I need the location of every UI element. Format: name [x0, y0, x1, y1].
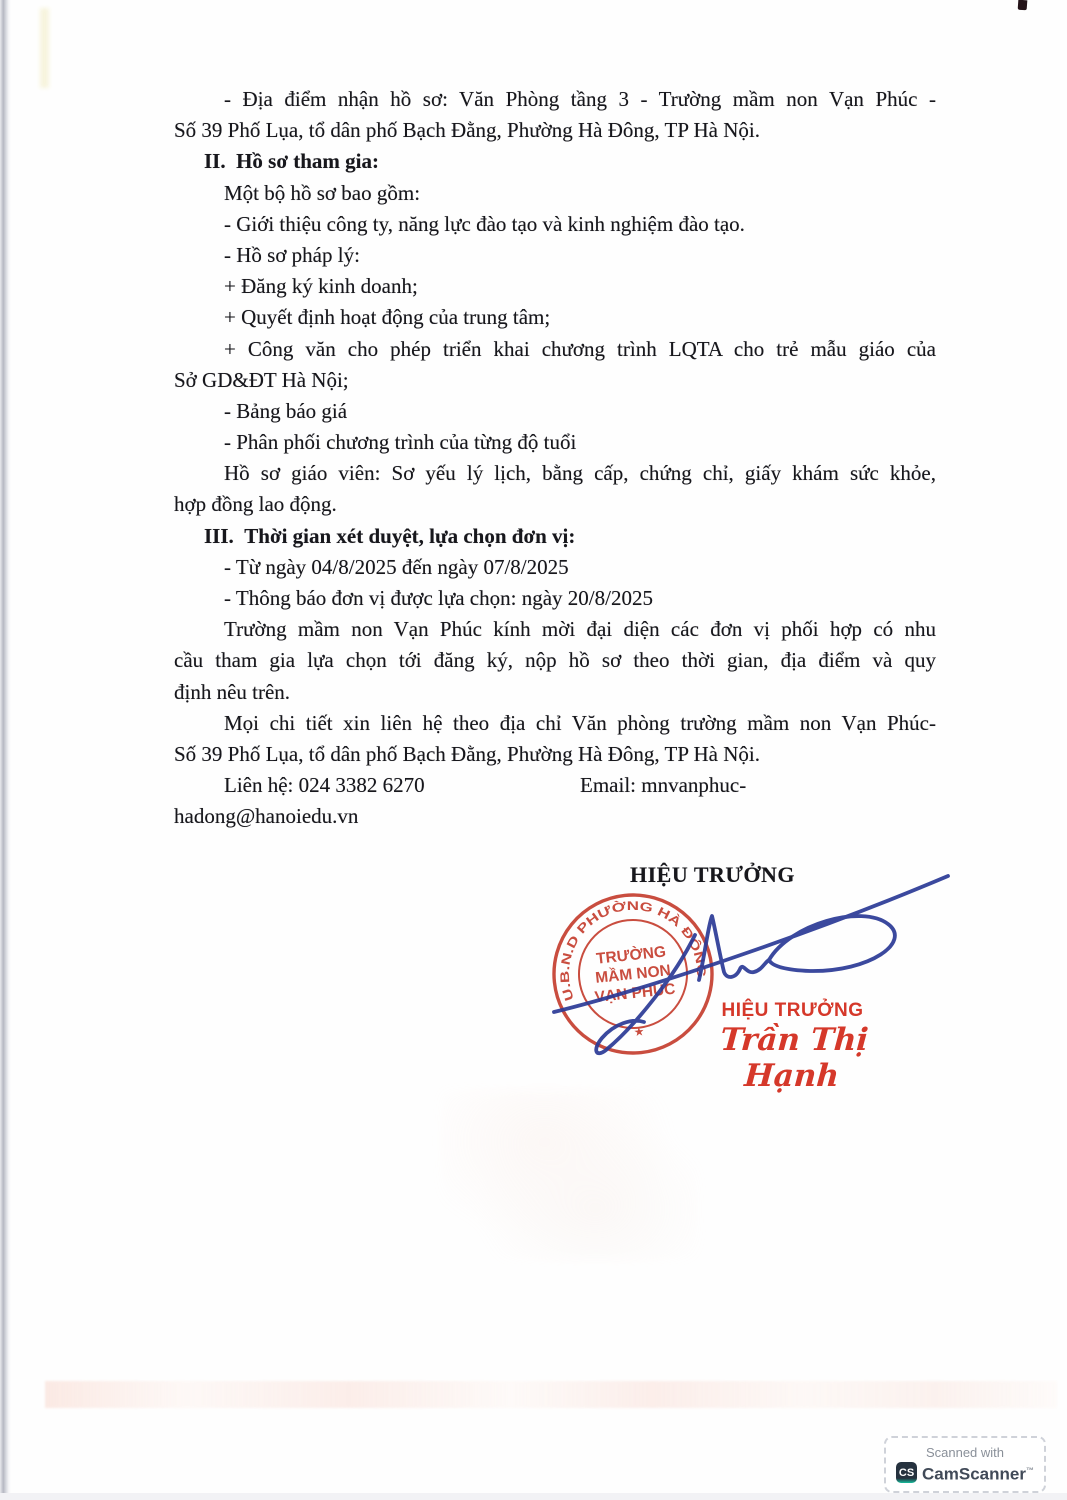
doc-line: + Công văn cho phép triển khai chương tr… — [174, 334, 936, 365]
camscanner-icon: CS — [896, 1462, 917, 1483]
doc-line: - Phân phối chương trình của từng độ tuổ… — [174, 427, 936, 458]
scan-streak — [40, 8, 49, 88]
doc-line: Sở GD&ĐT Hà Nội; — [174, 365, 936, 396]
doc-line: - Thông báo đơn vị được lựa chọn: ngày 2… — [174, 583, 936, 614]
signer-name: Trần Thị Hạnh — [690, 1022, 895, 1094]
doc-line: - Giới thiệu công ty, năng lực đào tạo v… — [174, 209, 936, 240]
scan-band-pink — [45, 1381, 1057, 1408]
section-heading-iii: III. Thời gian xét duyệt, lựa chọn đơn v… — [174, 521, 936, 552]
scan-smudge — [440, 1090, 700, 1260]
doc-line: cầu tham gia lựa chọn tới đăng ký, nộp h… — [174, 645, 936, 676]
doc-line: - Hồ sơ pháp lý: — [174, 240, 936, 271]
document-body: - Địa điểm nhận hồ sơ: Văn Phòng tầng 3 … — [174, 84, 936, 833]
doc-line: Hồ sơ giáo viên: Sơ yếu lý lịch, bằng cấ… — [174, 458, 936, 489]
doc-line: + Đăng ký kinh doanh; — [174, 271, 936, 302]
contact-phone: Liên hệ: 024 3382 6270 — [224, 773, 425, 797]
scan-edge-left — [0, 0, 11, 1500]
doc-line: Số 39 Phố Lụa, tổ dân phố Bạch Đằng, Phư… — [174, 115, 936, 146]
signer-role: HIỆU TRƯỞNG — [720, 1000, 865, 1022]
doc-line: - Bảng báo giá — [174, 396, 936, 427]
doc-line: - Từ ngày 04/8/2025 đến ngày 07/8/2025 — [174, 552, 936, 583]
doc-line: Trường mầm non Vạn Phúc kính mời đại diệ… — [174, 614, 936, 645]
scan-mark-top — [1018, 0, 1028, 10]
doc-line: hợp đồng lao động. — [174, 489, 936, 520]
doc-line: - Địa điểm nhận hồ sơ: Văn Phòng tầng 3 … — [174, 84, 936, 115]
scan-edge-bottom — [0, 1493, 1067, 1500]
contact-email-continued: hadong@hanoiedu.vn — [174, 801, 936, 832]
doc-line: Một bộ hồ sơ bao gồm: — [174, 178, 936, 209]
camscanner-badge: Scanned with CS CamScanner™ — [884, 1436, 1046, 1493]
camscanner-scanned-with: Scanned with — [926, 1446, 1004, 1460]
camscanner-brand-text: CamScanner — [922, 1464, 1026, 1483]
scanned-document-page: - Địa điểm nhận hồ sơ: Văn Phòng tầng 3 … — [0, 0, 1067, 1500]
doc-line: Số 39 Phố Lụa, tổ dân phố Bạch Đằng, Phư… — [174, 739, 936, 770]
doc-line: + Quyết định hoạt động của trung tâm; — [174, 302, 936, 333]
signature-stroke — [554, 876, 948, 1012]
contact-email: Email: mnvanphuc- — [580, 770, 746, 801]
doc-line: định nêu trên. — [174, 677, 936, 708]
contact-line: Liên hệ: 024 3382 6270 Email: mnvanphuc- — [174, 770, 936, 801]
signature-stroke — [769, 916, 895, 971]
doc-line: Mọi chi tiết xin liên hệ theo địa chỉ Vă… — [174, 708, 936, 739]
signature-stroke — [596, 935, 695, 1053]
camscanner-tm: ™ — [1026, 1466, 1034, 1475]
camscanner-brand: CamScanner™ — [922, 1462, 1034, 1484]
section-heading-ii: II. Hồ sơ tham gia: — [174, 146, 936, 177]
